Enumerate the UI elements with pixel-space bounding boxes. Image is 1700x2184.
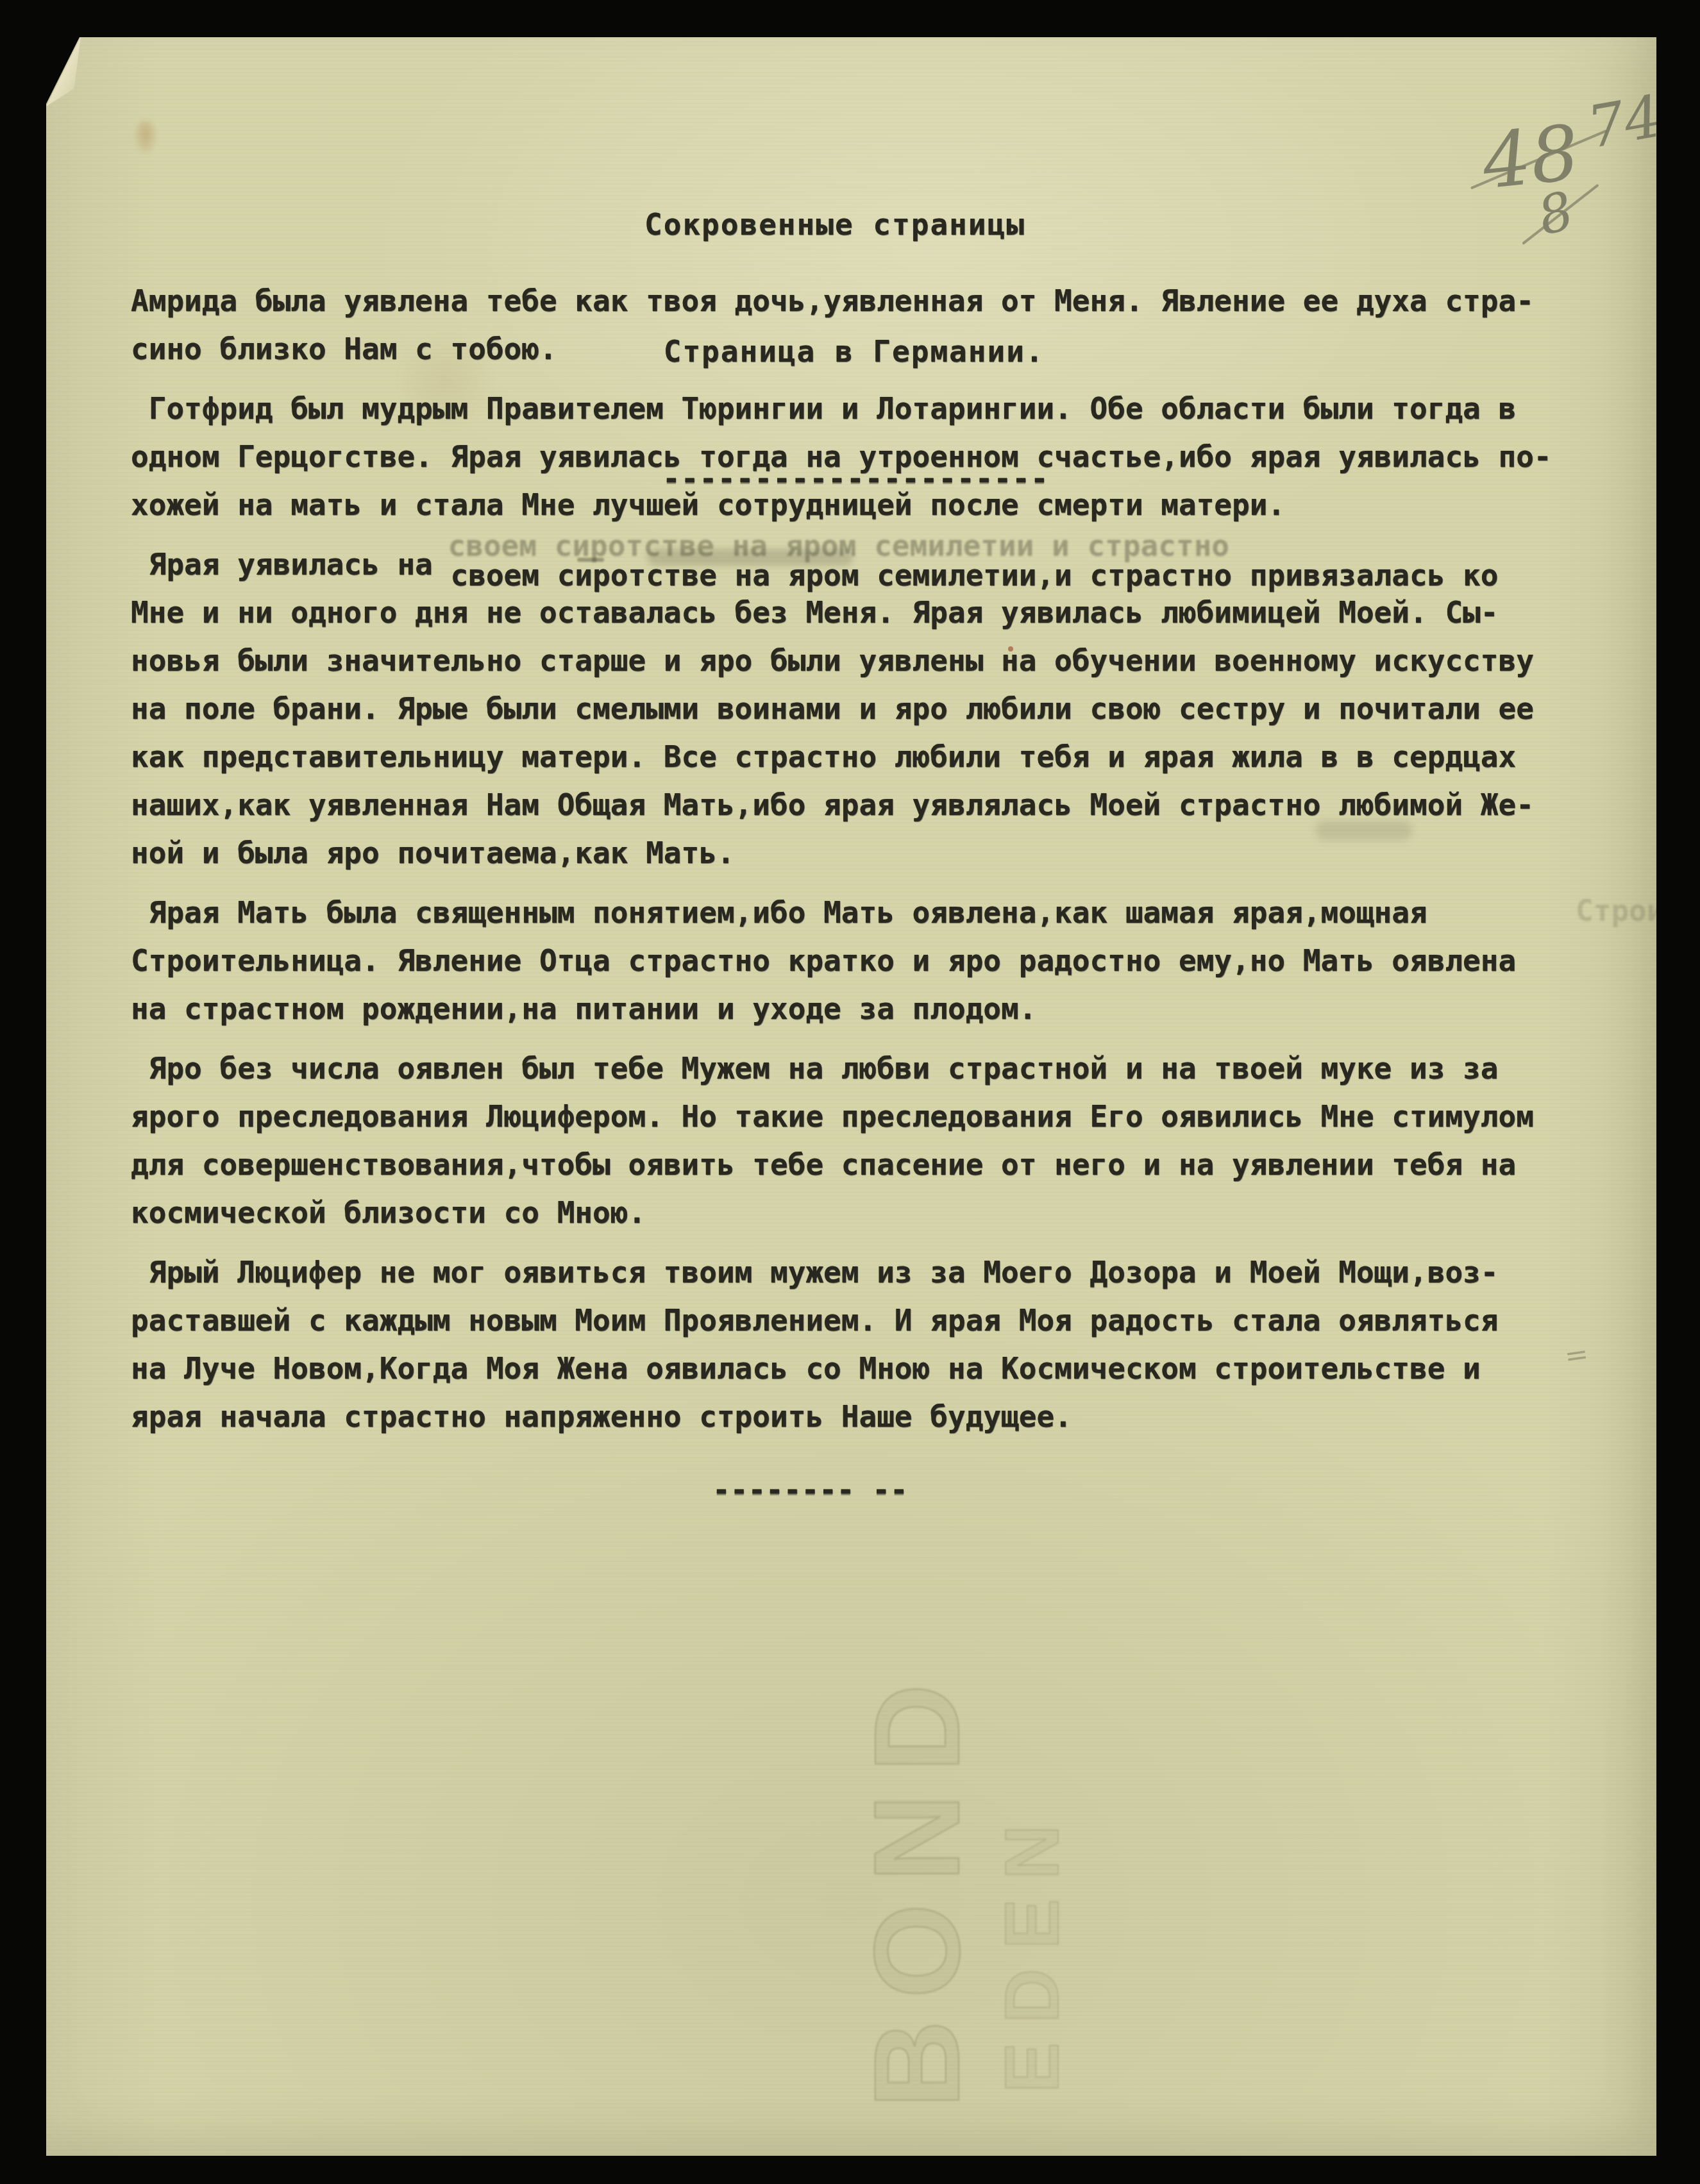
typed-line: сино близко Нам с тобою.	[131, 325, 1606, 373]
typed-line: ной и была яро почитаема,как Мать.	[131, 829, 1606, 877]
typed-line: новья были значительно старше и яро были…	[131, 637, 1606, 685]
overtype-shifted-segment: своем сиротстве на яром семилетии и стра…	[451, 551, 1499, 600]
typed-line: космической близости со Мною.	[131, 1189, 1606, 1237]
folded-corner	[46, 37, 82, 106]
typed-line: для совершенствования,чтобы оявить тебе …	[131, 1141, 1606, 1189]
typed-line: Ярая Мать была священным понятием,ибо Ма…	[131, 889, 1606, 937]
typed-line: на Луче Новом,Когда Моя Жена оявилась со…	[131, 1345, 1606, 1393]
paragraph: Готфрид был мудрым Правителем Тюрингии и…	[131, 385, 1606, 529]
typed-line: на страстном рождении,на питании и уходе…	[131, 985, 1606, 1033]
paper-watermark-eden: EDEN	[989, 1806, 1076, 2093]
typed-line: наших,как уявленная Нам Общая Мать,ибо я…	[131, 781, 1606, 829]
typed-line: Строительница. Явление Отца страстно кра…	[131, 937, 1606, 985]
pencil-page-number: 74	[1583, 83, 1667, 162]
title-line-1: Сокровенные страницы	[644, 203, 1049, 246]
document-page: BOND EDEN 48 74 8 = Сокровенные страницы…	[46, 37, 1656, 2156]
pencil-number-text: 74	[1583, 83, 1667, 162]
paragraph: Яро без числа оявлен был тебе Мужем на л…	[131, 1045, 1606, 1237]
typed-line: Готфрид был мудрым Правителем Тюрингии и…	[131, 385, 1606, 433]
typed-line: Ярый Люцифер не мог оявиться твоим мужем…	[131, 1248, 1606, 1297]
paragraph: Ярая Мать была священным понятием,ибо Ма…	[131, 889, 1606, 1033]
typed-body-text: Амрида была уявлена тебе как твоя дочь,у…	[131, 277, 1606, 1452]
typed-line-overtyped: Ярая уявилась на своем сиротстве на яром…	[131, 541, 1606, 589]
overtype-ghost-erased-text: своем сиротстве на яром семилетии и стра…	[448, 522, 1230, 570]
typed-line: одном Герцогстве. Ярая уявилась тогда на…	[131, 433, 1606, 481]
typed-line: Амрида была уявлена тебе как твоя дочь,у…	[131, 277, 1606, 325]
paper-watermark-bond: BOND	[847, 1662, 987, 2108]
stain	[135, 121, 156, 154]
scan-background: { "document": { "title": { "line1": "Сок…	[0, 0, 1700, 2184]
typed-line: раставшей с каждым новым Моим Проявление…	[131, 1297, 1606, 1345]
closing-rule: -------- --	[712, 1472, 908, 1507]
typed-line: ярая начала страстно напряженно строить …	[131, 1393, 1606, 1441]
typed-line: на поле брани. Ярые были смелыми воинами…	[131, 685, 1606, 733]
typed-line: как представительницу матери. Все страст…	[131, 733, 1606, 781]
paragraph: Амрида была уявлена тебе как твоя дочь,у…	[131, 277, 1606, 373]
paragraph: Ярая уявилась на своем сиротстве на яром…	[131, 541, 1606, 877]
typed-line: ярого преследования Люцифером. Но такие …	[131, 1093, 1606, 1141]
typed-line: Яро без числа оявлен был тебе Мужем на л…	[131, 1045, 1606, 1093]
paragraph: Ярый Люцифер не мог оявиться твоим мужем…	[131, 1248, 1606, 1441]
overtype-prefix: Ярая уявилась на	[131, 547, 451, 582]
